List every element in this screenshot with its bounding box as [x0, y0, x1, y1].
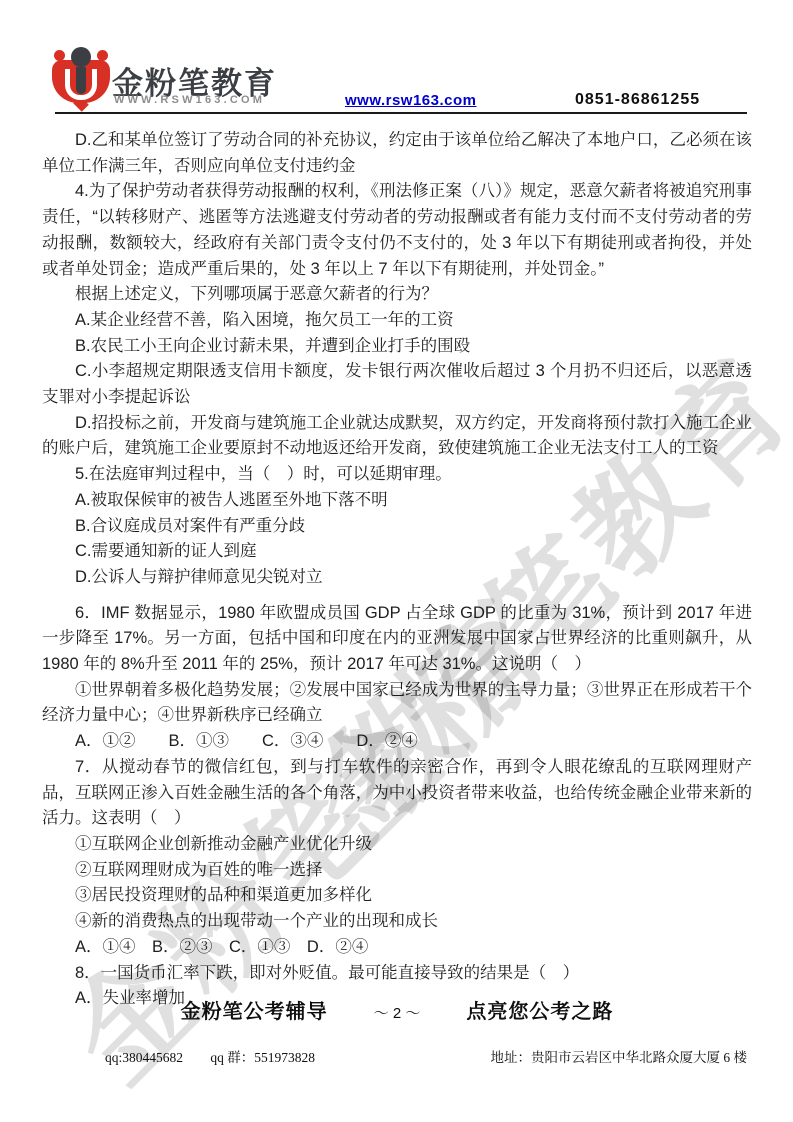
document-body: D.乙和某单位签订了劳动合同的补充协议，约定由于该单位给乙解决了本地户口，乙必须…: [42, 128, 752, 1012]
q5-option-c: C.需要通知新的证人到庭: [42, 539, 752, 565]
q5-option-a: A.被取保候审的被告人逃匿至外地下落不明: [42, 488, 752, 514]
phone-number: 0851-86861255: [575, 91, 700, 109]
q4-option-d: D.招投标之前，开发商与建筑施工企业就达成默契，双方约定，开发商将预付款打入施工…: [42, 411, 752, 462]
question-4-prompt: 根据上述定义，下列哪项属于恶意欠薪者的行为？: [42, 282, 752, 308]
question-8: 8．一国货币汇率下跌，即对外贬值。最可能直接导致的结果是（ ）: [42, 961, 752, 987]
q5-option-d: D.公诉人与辩护律师意见尖锐对立: [42, 565, 752, 591]
website-link[interactable]: www.rsw163.com: [345, 92, 477, 109]
footer-brand-left: 金粉笔公考辅导: [181, 995, 328, 1024]
logo-tie-icon: [76, 67, 86, 94]
question-5: 5.在法庭审判过程中，当（ ）时，可以延期审理。: [42, 462, 752, 488]
page-number: ～ 2 ～: [374, 1002, 421, 1023]
q4-option-c: C.小李超规定期限透支信用卡额度，发卡银行两次催收后超过 3 个月扔不归还后，以…: [42, 359, 752, 410]
logo-head-icon: [71, 47, 91, 67]
q7-statement-3: ③居民投资理财的品种和渠道更加多样化: [42, 883, 752, 909]
q4-option-a: A.某企业经营不善，陷入困境，拖欠员工一年的工资: [42, 308, 752, 334]
footer-slogan-row: 金粉笔公考辅导 ～ 2 ～ 点亮您公考之路: [42, 995, 752, 1024]
question-6: 6．IMF 数据显示，1980 年欧盟成员国 GDP 占全球 GDP 的比重为 …: [42, 601, 752, 678]
brand-site-caption: WWW.RSW163.COM: [114, 94, 265, 106]
question-4: 4.为了保护劳动者获得劳动报酬的权利，《刑法修正案（八）》规定，恶意欠薪者将被追…: [42, 179, 752, 282]
header-divider: [55, 112, 747, 114]
q7-options-row: A．①④ B．②③ C．①③ D．②④: [42, 935, 752, 961]
q4-option-b: B.农民工小王向企业讨薪未果，并遭到企业打手的围殴: [42, 334, 752, 360]
document-page: 金粉笔教育 WWW.RSW163.COM www.rsw163.com 0851…: [0, 0, 793, 1122]
q5-option-b: B.合议庭成员对案件有严重分歧: [42, 514, 752, 540]
q6-statements: ①世界朝着多极化趋势发展；②发展中国家已经成为世界的主导力量；③世界正在形成若干…: [42, 678, 752, 729]
q7-statement-1: ①互联网企业创新推动金融产业优化升级: [42, 832, 752, 858]
qq-group-number: qq 群：551973828: [210, 1050, 315, 1065]
q6-options-row: A．①② B．①③ C．③④ D．②④: [42, 729, 752, 755]
q7-statement-4: ④新的消费热点的出现带动一个产业的出现和成长: [42, 909, 752, 935]
footer-contact-row: qq:380445682 qq 群：551973828 地址：贵阳市云岩区中华北…: [105, 1046, 747, 1066]
question-7: 7．从搅动春节的微信红包，到与打车软件的亲密合作，再到令人眼花缭乱的互联网理财产…: [42, 755, 752, 832]
footer-qq-block: qq:380445682 qq 群：551973828: [105, 1046, 315, 1066]
footer-address: 地址：贵阳市云岩区中华北路众厦大厦 6 楼: [491, 1046, 748, 1066]
q3-option-d: D.乙和某单位签订了劳动合同的补充协议，约定由于该单位给乙解决了本地户口，乙必须…: [42, 128, 752, 179]
qq-number: qq:380445682: [105, 1050, 183, 1065]
brand-logo-icon: [52, 47, 110, 110]
q7-statement-2: ②互联网理财成为百姓的唯一选择: [42, 858, 752, 884]
footer-brand-right: 点亮您公考之路: [466, 995, 613, 1024]
